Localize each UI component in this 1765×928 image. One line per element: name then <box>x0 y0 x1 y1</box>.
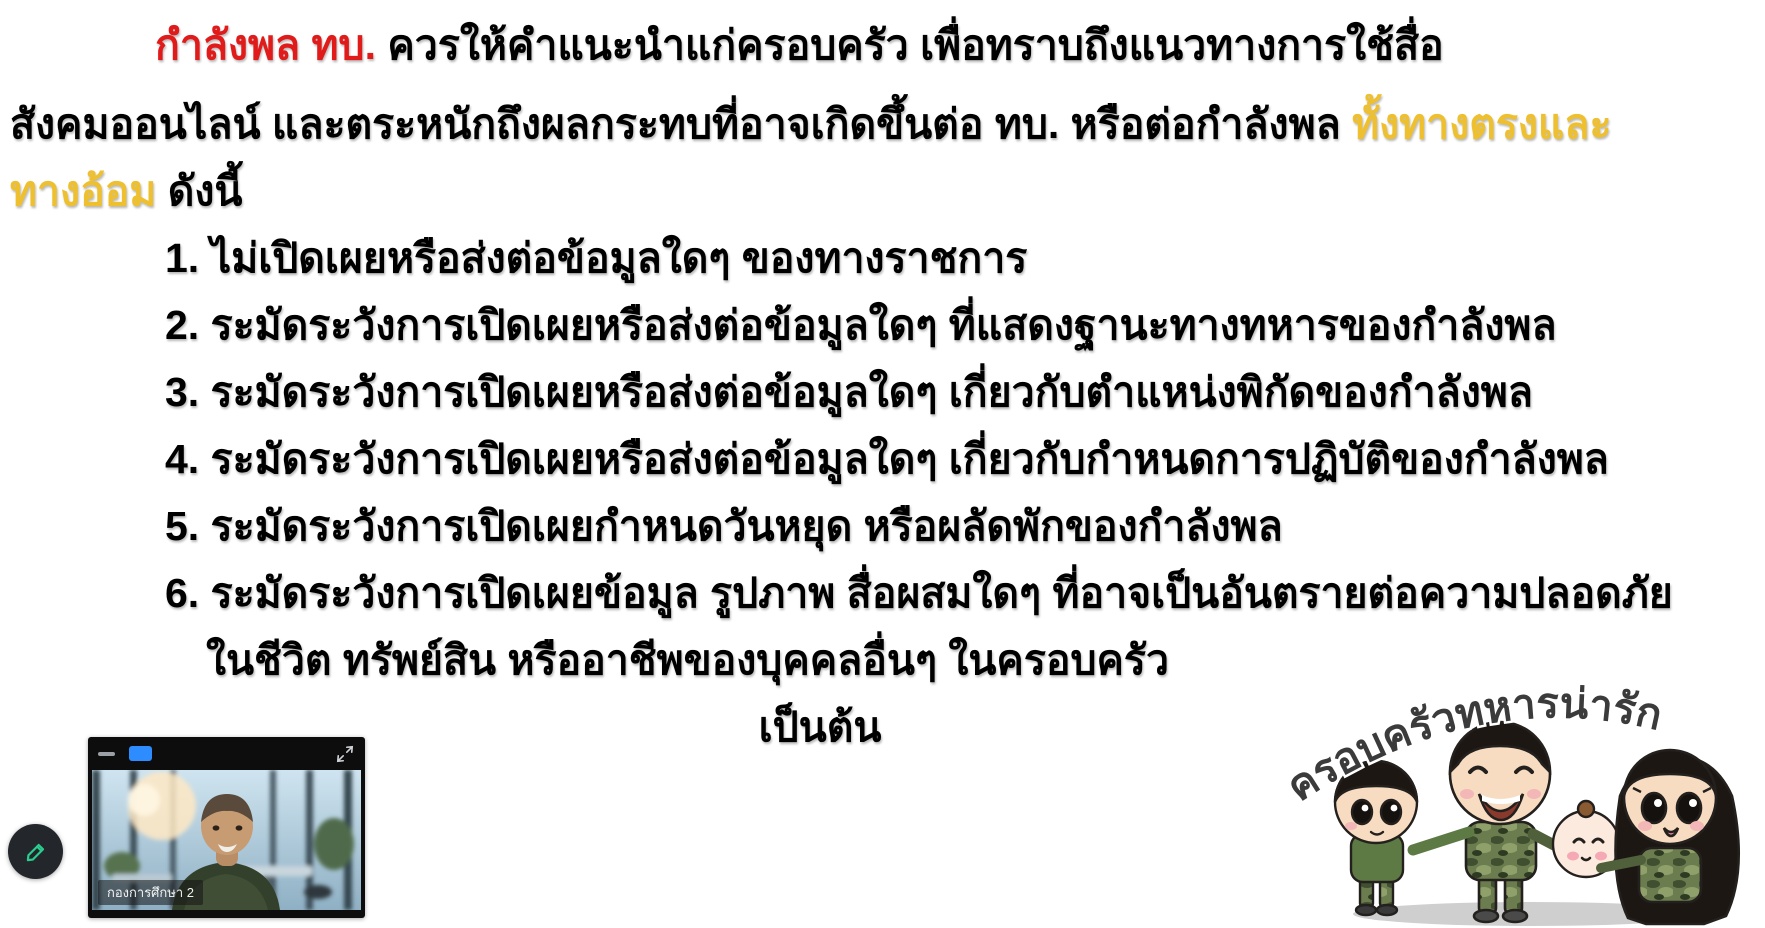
list-item-3: 3. ระมัดระวังการเปิดเผยหรือส่งต่อข้อมูลใ… <box>10 359 1630 426</box>
slide-title-line: กำลังพล ทบ. ควรให้คำแนะนำแก่ครอบครัว เพื… <box>10 12 1630 79</box>
annotate-pencil-button[interactable] <box>8 824 63 879</box>
slide-line-2: สังคมออนไลน์ และตระหนักถึงผลกระทบที่อาจเ… <box>10 91 1630 158</box>
slide-line3-black: ดังนี้ <box>156 168 242 214</box>
slide-line2-black: สังคมออนไลน์ และตระหนักถึงผลกระทบที่อาจเ… <box>10 101 1352 147</box>
list-item-6: 6. ระมัดระวังการเปิดเผยข้อมูล รูปภาพ สื่… <box>10 560 1630 627</box>
list-item-5: 5. ระมัดระวังการเปิดเผยกำหนดวันหยุด หรือ… <box>10 493 1630 560</box>
pencil-icon <box>23 839 49 865</box>
video-camera-icon[interactable] <box>129 746 152 761</box>
cartoon-mother <box>1601 750 1739 924</box>
expand-icon[interactable] <box>335 744 355 764</box>
slide-title-rest: ควรให้คำแนะนำแก่ครอบครัว เพื่อทราบถึงแนว… <box>376 22 1444 68</box>
webcam-video-feed: กองการศึกษา 2 <box>92 770 361 910</box>
minimize-icon[interactable] <box>98 752 115 756</box>
slide-title-highlight: กำลังพล ทบ. <box>155 22 376 68</box>
slide-line-3: ทางอ้อม ดังนี้ <box>10 158 1630 225</box>
list-item-1: 1. ไม่เปิดเผยหรือส่งต่อข้อมูลใดๆ ของทางร… <box>10 225 1630 292</box>
slide-line3-yellow: ทางอ้อม <box>10 168 156 214</box>
list-item-2: 2. ระมัดระวังการเปิดเผยหรือส่งต่อข้อมูลใ… <box>10 292 1630 359</box>
webcam-window[interactable]: กองการศึกษา 2 <box>88 737 365 918</box>
family-sticker: ครอบครัวทหารน่ารัก <box>1283 636 1765 928</box>
cartoon-boy <box>1335 761 1417 915</box>
webcam-titlebar <box>88 737 365 770</box>
slide-line2-yellow: ทั้งทางตรงและ <box>1352 101 1611 147</box>
webcam-participant-name: กองการศึกษา 2 <box>98 880 203 905</box>
cartoon-father <box>1413 722 1575 922</box>
list-item-4: 4. ระมัดระวังการเปิดเผยหรือส่งต่อข้อมูลใ… <box>10 426 1630 493</box>
